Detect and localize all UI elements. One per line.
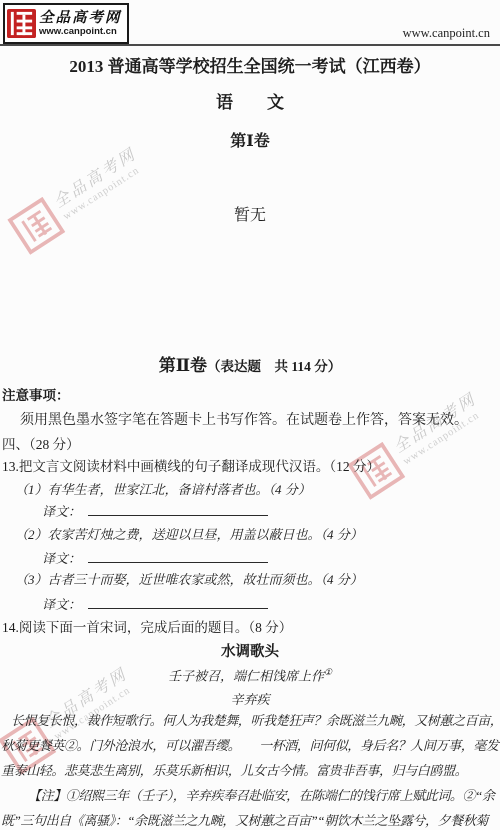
logo-site-name: 全品高考网	[39, 11, 122, 26]
exam-subject: 语 文	[0, 92, 500, 113]
poem-note-line: 既”三句出自《离骚》：“余既滋兰之九畹，又树蕙之百亩”“朝饮木兰之坠露兮，夕餐秋…	[1, 813, 488, 829]
part2-heading-sub: （表达题 共 114 分）	[207, 359, 341, 374]
logo-text: 全品高考网 www.canpoint.cn	[39, 11, 122, 37]
q13-item-2: （2）农家苦灯烛之费，送迎以旦昼，用盖以蔽日也。（4 分）	[15, 527, 363, 543]
poem-title: 水调歌头	[0, 643, 500, 661]
poem-note-line: 【注】①绍熙三年（壬子），辛弃疾奉召赴临安，在陈端仁的饯行席上赋此词。②“余	[28, 788, 495, 804]
header-site-url: www.canpoint.cn	[403, 26, 490, 41]
poem-subtitle-ref-mark: ①	[324, 667, 332, 677]
q13-answer-2: 译文：	[42, 549, 268, 567]
part2-heading: 第Ⅱ卷（表达题 共 114 分）	[0, 355, 500, 376]
answer-label: 译文：	[42, 597, 81, 612]
answer-label: 译文：	[42, 504, 81, 519]
part1-heading: 第Ⅰ卷	[0, 132, 500, 152]
poem-author: 辛弃疾	[0, 692, 500, 708]
logo-site-url: www.canpoint.cn	[39, 27, 122, 37]
watermark: 全品高考网 www.canpoint.cn	[347, 372, 500, 500]
answer-blank-line	[88, 549, 268, 563]
answer-blank-line	[88, 502, 268, 516]
q13-item-1: （1）有华生者，世家江北，备谙村落者也。（4 分）	[15, 482, 311, 498]
poem-subtitle: 壬子被召，端仁相饯席上作①	[0, 667, 500, 685]
poem-line: 长恨复长恨，裁作短歌行。何人为我楚舞，听我楚狂声？余既滋兰九畹，又树蕙之百亩，	[11, 713, 500, 729]
answer-blank-line	[88, 595, 268, 609]
answer-label: 译文：	[42, 551, 81, 566]
q13-answer-1: 译文：	[42, 502, 268, 520]
notice-text: 须用黑色墨水签字笔在答题卡上书写作答。在试题卷上作答，答案无效。	[20, 412, 468, 430]
header-divider	[0, 44, 500, 46]
question-13-stem: 13.把文言文阅读材料中画横线的句子翻译成现代汉语。（12 分）	[2, 459, 380, 476]
q13-answer-3: 译文：	[42, 595, 268, 613]
q13-item-3: （3）古者三十而娶，近世唯农家或然，故壮而须也。（4 分）	[15, 572, 363, 588]
part2-heading-main: 第Ⅱ卷	[159, 356, 207, 375]
section4-heading: 四、（28 分）	[2, 437, 80, 454]
canpoint-seal-icon	[7, 9, 36, 38]
poem-subtitle-text: 壬子被召，端仁相饯席上作	[168, 668, 324, 683]
canpoint-logo: 全品高考网 www.canpoint.cn	[3, 3, 129, 44]
watermark-site-name: 全品高考网	[52, 146, 140, 211]
exam-title: 2013 普通高等学校招生全国统一考试（江西卷）	[0, 56, 500, 77]
question-14-stem: 14.阅读下面一首宋词，完成后面的题目。（8 分）	[2, 620, 292, 637]
poem-line: 秋菊更餐英②。门外沧浪水，可以濯吾缨。 一杯酒，问何似，身后名？人间万事，毫发常	[1, 738, 500, 754]
exam-paper-page: 全品高考网 www.canpoint.cn www.canpoint.cn 全品…	[0, 0, 500, 830]
notice-heading: 注意事项：	[2, 388, 70, 405]
watermark-text: 全品高考网 www.canpoint.cn	[392, 391, 488, 467]
poem-line: 重泰山轻。悲莫悲生离别，乐莫乐新相识，儿女古今情。富贵非吾事，归与白鸥盟。	[1, 763, 467, 779]
part1-placeholder: 暂无	[0, 206, 500, 226]
